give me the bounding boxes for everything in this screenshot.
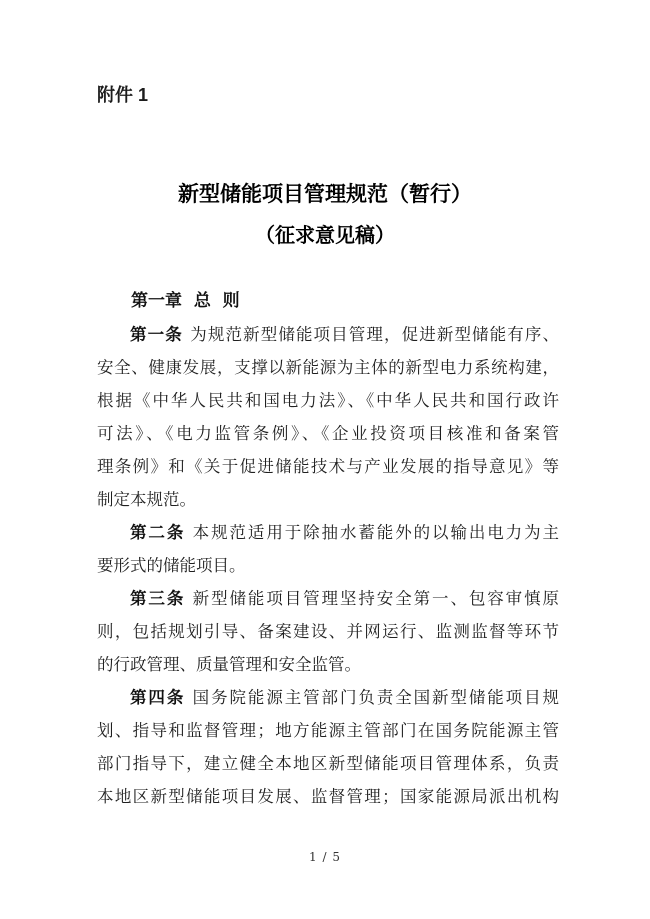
article-2: 第二条本规范适用于除抽水蓄能外的以输出电力为主 要形式的储能项目。 [97,516,559,582]
article-line: 要形式的储能项目。 [97,549,559,582]
article-line: 安全、健康发展，支撑以新能源为主体的新型电力系统构建， [97,351,559,384]
document-subtitle: （征求意见稿） [0,225,650,245]
article-line-text: 新型储能项目管理坚持安全第一、包容审慎原 [193,589,559,608]
attachment-label: 附件 1 [97,85,148,107]
article-line: 根据《中华人民共和国电力法》、《中华人民共和国行政许 [97,384,559,417]
article-line: 的行政管理、质量管理和安全监管。 [97,648,559,681]
article-line: 制定本规范。 [97,483,559,516]
article-line: 第四条国务院能源主管部门负责全国新型储能项目规 [97,681,559,714]
article-3: 第三条新型储能项目管理坚持安全第一、包容审慎原 则，包括规划引导、备案建设、并网… [97,582,559,681]
document-title: 新型储能项目管理规范（暂行） [0,183,650,204]
article-line: 则，包括规划引导、备案建设、并网运行、监测监督等环节 [97,615,559,648]
article-line: 第二条本规范适用于除抽水蓄能外的以输出电力为主 [97,516,559,549]
article-line: 部门指导下，建立健全本地区新型储能项目管理体系，负责 [97,747,559,780]
document-page: 附件 1 新型储能项目管理规范（暂行） （征求意见稿） 第一章 总 则 第一条为… [0,0,650,919]
article-1-label: 第一条 [130,325,183,344]
article-line-text: 本规范适用于除抽水蓄能外的以输出电力为主 [193,523,559,542]
article-1: 第一条为规范新型储能项目管理，促进新型储能有序、 安全、健康发展，支撑以新能源为… [97,318,559,516]
article-4: 第四条国务院能源主管部门负责全国新型储能项目规 划、指导和监督管理；地方能源主管… [97,681,559,813]
article-line: 第三条新型储能项目管理坚持安全第一、包容审慎原 [97,582,559,615]
page-number: 1 / 5 [0,850,650,864]
article-line: 划、指导和监督管理；地方能源主管部门在国务院能源主管 [97,714,559,747]
article-line-text: 为规范新型储能项目管理，促进新型储能有序、 [190,325,559,344]
article-line: 可法》、《电力监管条例》、《企业投资项目核准和备案管 [97,417,559,450]
article-2-label: 第二条 [130,523,185,542]
document-body: 第一章 总 则 第一条为规范新型储能项目管理，促进新型储能有序、 安全、健康发展… [97,285,559,813]
article-line: 理条例》和《关于促进储能技术与产业发展的指导意见》等 [97,450,559,483]
article-line-text: 国务院能源主管部门负责全国新型储能项目规 [193,688,559,707]
chapter-heading: 第一章 总 则 [97,285,559,318]
article-line: 本地区新型储能项目发展、监督管理；国家能源局派出机构 [97,780,559,813]
article-4-label: 第四条 [130,688,185,707]
article-line: 第一条为规范新型储能项目管理，促进新型储能有序、 [97,318,559,351]
article-3-label: 第三条 [130,589,185,608]
